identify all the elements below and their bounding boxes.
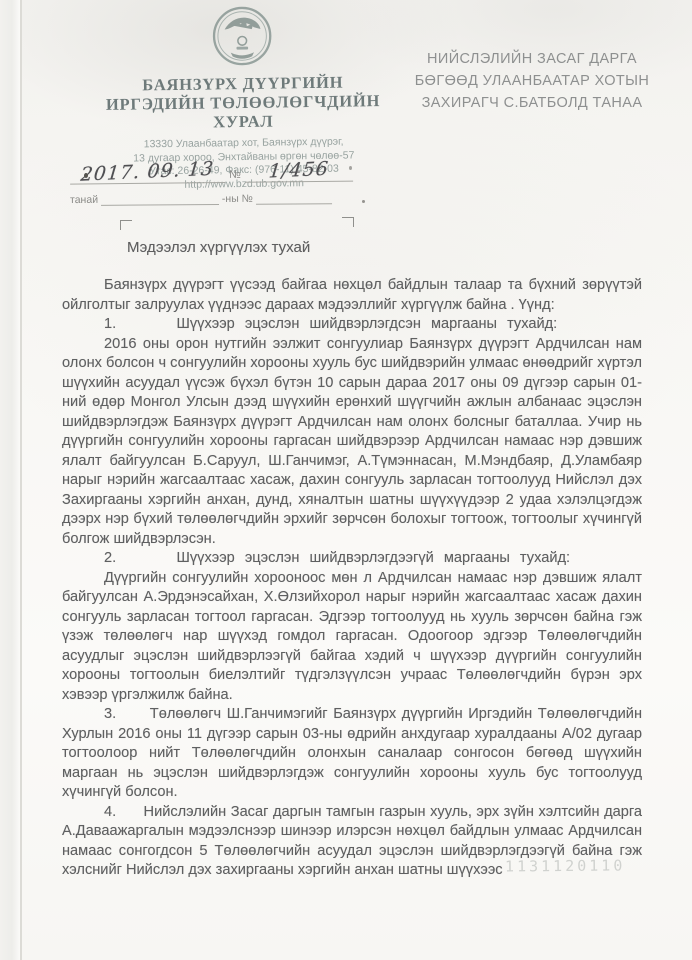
your-ref-middle: -ны № [222,193,253,205]
scan-speck [349,166,352,170]
org-name: БАЯНЗҮРХ ДҮҮРГИЙН ИРГЭДИЙН ТӨЛӨӨЛӨГЧДИЙН… [98,72,389,133]
addressee-block: НИЙСЛЭЛИЙН ЗАСАГ ДАРГА БӨГӨӨД УЛААНБААТА… [382,48,682,114]
number-underline: 1/456 [245,159,353,183]
scan-speck [362,200,365,203]
your-ref-blank-2 [256,191,332,205]
handwritten-number: 1/456 [268,158,330,183]
paragraph-item-2-body: Дүүргийн сонгуулийн хорооноос мөн л Ардч… [62,569,642,706]
addressee-line: НИЙСЛЭЛИЙН ЗАСАГ ДАРГА [382,48,682,70]
date-number-line: 2017. 09. 13№1/456 [70,158,370,184]
handwritten-date: 2017. 09. 13 [80,158,215,186]
paragraph-item-1-body: 2016 оны орон нутгийн ээлжит сонгуулиар … [62,335,642,550]
letter-body: Баянзүрх дүүрэгт үүсээд байгаа нөхцөл ба… [62,276,642,881]
your-ref-line: танай -ны № [70,191,370,206]
paragraph-intro: Баянзүрх дүүрэгт үүсээд байгаа нөхцөл ба… [62,276,642,315]
faint-stamp-number: 1131120110 [505,856,625,875]
paragraph-item-1-heading: 1. Шүүхээр эцэслэн шийдвэрлэгдсэн маргаа… [62,315,642,335]
address-corner-mark-left [120,220,132,230]
scan-edge-shadow [0,0,22,960]
org-name-line: ХУРАЛ [98,110,388,133]
your-ref-blank-1 [101,192,219,206]
document-title: Мэдээлэл хүргүүлэх тухай [127,239,310,256]
addressee-line: БӨГӨӨД УЛААНБААТАР ХОТЫН [382,70,682,92]
paragraph-item-3: 3. Төлөөлөгч Ш.Ганчимэгийг Баянзүрх дүүр… [62,705,642,803]
scan-speck [84,173,88,178]
number-sign-label: № [225,169,245,181]
scanned-letter-page: БАЯНЗҮРХ ДҮҮРГИЙН ИРГЭДИЙН ТӨЛӨӨЛӨГЧДИЙН… [0,0,692,960]
state-emblem-icon [211,4,274,69]
date-underline: 2017. 09. 13 [70,160,225,185]
addressee-line: ЗАХИРАГЧ С.БАТБОЛД ТАНАА [382,92,682,114]
org-name-line: ИРГЭДИЙН ТӨЛӨӨЛӨГЧДИЙН [98,91,388,114]
paragraph-item-2-heading: 2. Шүүхээр эцэслэн шийдвэрлэгдээгүй марг… [62,549,642,569]
your-ref-prefix: танай [70,194,98,206]
address-corner-mark-right [342,217,354,227]
